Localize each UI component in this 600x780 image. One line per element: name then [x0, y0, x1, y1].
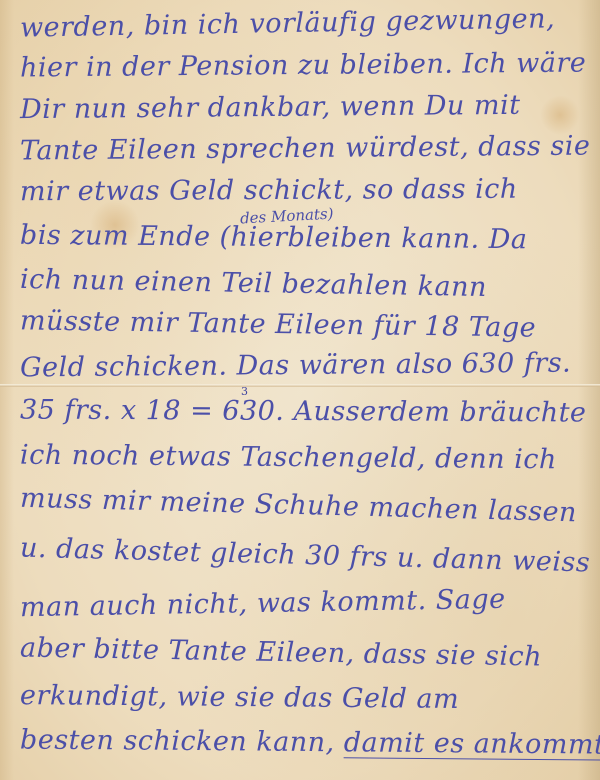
- letter-line-15: aber bitte Tante Eileen, dass sie sich: [20, 632, 543, 672]
- letter-line-2: hier in der Pension zu bleiben. Ich wäre: [20, 48, 587, 84]
- paper-fold-crease: [0, 384, 600, 387]
- letter-line-9: Geld schicken. Das wären also 630 frs.: [20, 348, 571, 384]
- letter-line-17-text: besten schicken kann,: [20, 724, 344, 758]
- paper-left-edge: [0, 0, 14, 780]
- letter-line-1: werden, bin ich vorläufig gezwungen,: [20, 3, 556, 43]
- underlined-phrase: damit es ankommt: [344, 727, 600, 760]
- letter-line-14: man auch nicht, was kommt. Sage: [20, 584, 506, 623]
- letter-line-12: muss mir meine Schuhe machen lassen: [20, 483, 578, 529]
- letter-line-4: Tante Eileen sprechen würdest, dass sie: [20, 131, 591, 167]
- letter-line-7: ich nun einen Teil bezahlen kann: [20, 264, 487, 303]
- letter-line-11: ich noch etwas Taschengeld, denn ich: [20, 440, 557, 476]
- letter-page: werden, bin ich vorläufig gezwungen, hie…: [0, 0, 600, 780]
- letter-line-10: 35 frs. x 18 = 630. Ausserdem bräuchte: [20, 395, 587, 429]
- letter-line-17: besten schicken kann, damit es ankommt: [20, 724, 600, 760]
- letter-line-8: müsste mir Tante Eileen für 18 Tage: [20, 305, 537, 343]
- letter-line-6: bis zum Ende (hierbleiben kann. Da: [20, 220, 528, 255]
- letter-line-3: Dir nun sehr dankbar, wenn Du mit: [20, 90, 521, 125]
- paper-stain: [540, 95, 580, 135]
- letter-line-13: u. das kostet gleich 30 frs u. dann weis…: [20, 533, 591, 579]
- paper-right-edge: [578, 0, 600, 780]
- letter-line-5: mir etwas Geld schickt, so dass ich: [20, 174, 518, 208]
- letter-line-16: erkundigt, wie sie das Geld am: [20, 680, 459, 715]
